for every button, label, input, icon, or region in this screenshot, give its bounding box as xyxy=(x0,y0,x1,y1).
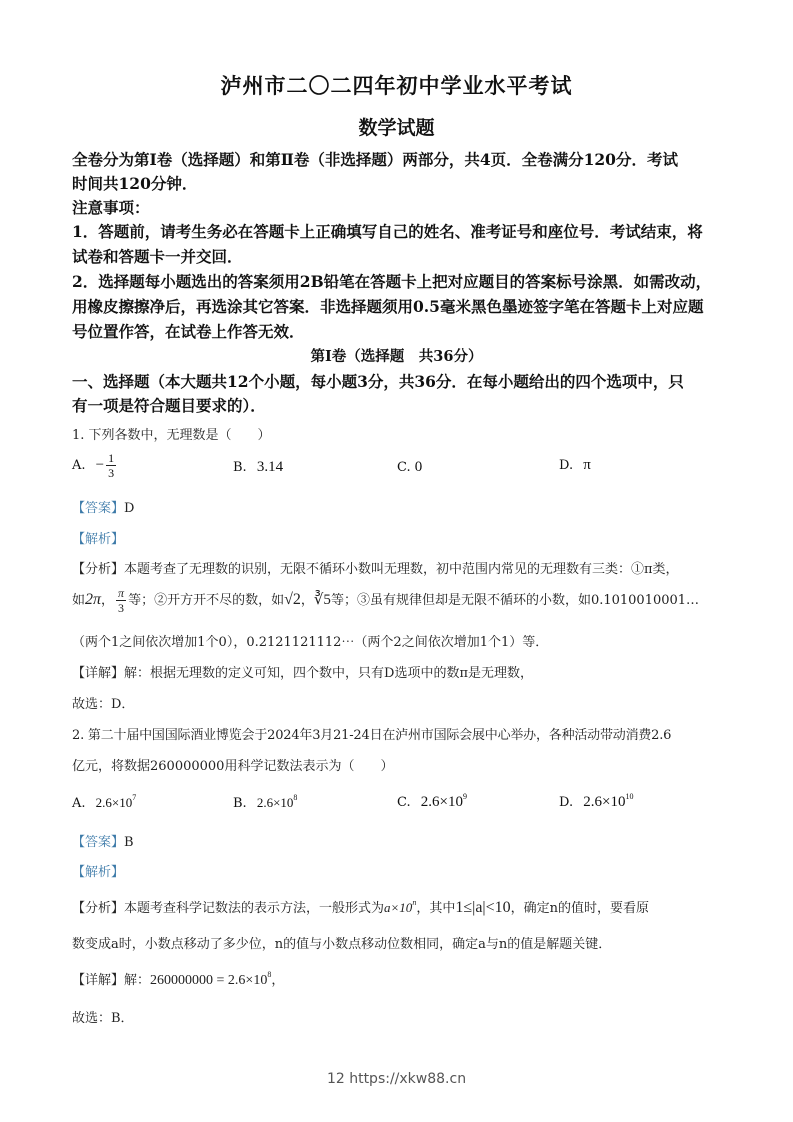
q2-stem-line-1: 2. 第二十届中国国际酒业博览会于2024年3月21-24日在泸州市国际会展中心… xyxy=(72,724,671,743)
option-letter: A. xyxy=(72,458,86,473)
q1-detail: 【详解】解：根据无理数的定义可知，四个数中，只有D选项中的数π是无理数， xyxy=(72,662,533,681)
q1-option-a: A. −13 xyxy=(72,451,118,480)
q2-stem-line-2: 亿元，将数据260000000用科学记数法表示为（ ） xyxy=(72,755,393,774)
q1-analysis-header: 【解析】 xyxy=(72,528,124,547)
q1-option-b: B. 3.14 xyxy=(233,459,283,476)
option-value: π xyxy=(583,457,591,473)
option-letter: C. xyxy=(397,460,411,475)
q2-analysis-line-1: 【分析】本题考查科学记数法的表示方法，一般形式为a×10n，其中1≤|a|<10… xyxy=(72,897,649,917)
instructions-line-2: 时间共120分钟． xyxy=(72,172,197,194)
q1-answer: 【答案】D xyxy=(72,497,134,516)
q2-option-c: C. 2.6×109 xyxy=(397,792,467,811)
q2-option-b: B. 2.6×108 xyxy=(233,793,297,811)
exam-title: 泸州市二〇二四年初中学业水平考试 xyxy=(0,70,793,100)
exam-subtitle: 数学试题 xyxy=(0,113,793,140)
answer-label: 【答案】 xyxy=(72,501,124,516)
q1-analysis-line-2: 如2π，π3等；②开方开不尽的数，如√2，∛5等；③虽有规律但却是无限不循环的小… xyxy=(72,586,699,615)
option-letter: D. xyxy=(559,795,573,810)
q1-choose: 故选：D． xyxy=(72,693,134,712)
option-letter: C. xyxy=(397,795,411,810)
q1-analysis-line-1: 【分析】本题考查了无理数的识别，无限不循环小数叫无理数，初中范围内常见的无理数有… xyxy=(72,558,679,577)
analysis-label: 【分析】 xyxy=(72,901,124,916)
q2-option-d: D. 2.6×1010 xyxy=(559,792,633,811)
q2-option-a: A. 2.6×107 xyxy=(72,793,136,811)
answer-value: B xyxy=(124,835,134,850)
notice-item-2-line-1: 2．选择题每小题选出的答案须用2B铅笔在答题卡上把对应题目的答案标号涂黑．如需改… xyxy=(72,270,711,292)
q2-choose: 故选：B． xyxy=(72,1007,134,1026)
q1-stem: 1. 下列各数中，无理数是（ ） xyxy=(72,424,271,443)
answer-label: 【答案】 xyxy=(72,835,124,850)
section-heading: 第Ⅰ卷（选择题 共36分） xyxy=(0,345,793,366)
notice-item-2-line-3: 号位置作答，在试卷上作答无效． xyxy=(72,320,305,342)
detail-label: 【详解】 xyxy=(72,973,124,988)
q1-analysis-line-3: （两个1之间依次增加1个0），0.2121121112⋯（两个2之间依次增加1个… xyxy=(72,631,548,650)
q2-detail: 【详解】解：260000000 = 2.6×108， xyxy=(72,969,284,989)
notice-item-1-line-1: 1．答题前，请考生务必在答题卡上正确填写自己的姓名、准考证号和座位号．考试结束，… xyxy=(72,220,703,242)
notice-heading: 注意事项： xyxy=(72,196,150,218)
notice-item-1-line-2: 试卷和答题卡一并交回． xyxy=(72,245,243,267)
q2-analysis-line-2: 数变成a时，小数点移动了多少位，n的值与小数点移动位数相同，确定a与n的值是解题… xyxy=(72,933,611,952)
option-value: 3.14 xyxy=(257,459,283,475)
part-heading-line-1: 一、选择题（本大题共12个小题，每小题3分，共36分．在每小题给出的四个选项中，… xyxy=(72,370,684,392)
instructions-line-1: 全卷分为第Ⅰ卷（选择题）和第Ⅱ卷（非选择题）两部分，共4页．全卷满分120分．考… xyxy=(72,148,678,170)
q2-answer: 【答案】B xyxy=(72,831,134,850)
option-letter: D. xyxy=(559,458,573,473)
option-value: 0 xyxy=(415,459,423,475)
q1-option-c: C. 0 xyxy=(397,459,422,476)
detail-label: 【详解】 xyxy=(72,666,124,681)
option-letter: B. xyxy=(233,460,247,475)
fraction: π3 xyxy=(116,586,126,615)
option-letter: A. xyxy=(72,796,86,811)
q1-option-d: D. π xyxy=(559,457,591,474)
analysis-label: 【分析】 xyxy=(72,562,124,577)
fraction: 13 xyxy=(106,451,116,480)
option-sign: − xyxy=(96,457,104,473)
q2-analysis-header: 【解析】 xyxy=(72,861,124,880)
notice-item-2-line-2: 用橡皮擦擦净后，再选涂其它答案．非选择题须用0.5毫米黑色墨迹签字笔在答题卡上对… xyxy=(72,295,703,317)
option-letter: B. xyxy=(233,796,247,811)
page-footer: 12 https://xkw88.cn xyxy=(0,1071,793,1087)
part-heading-line-2: 有一项是符合题目要求的）． xyxy=(72,394,266,416)
answer-value: D xyxy=(124,501,134,516)
